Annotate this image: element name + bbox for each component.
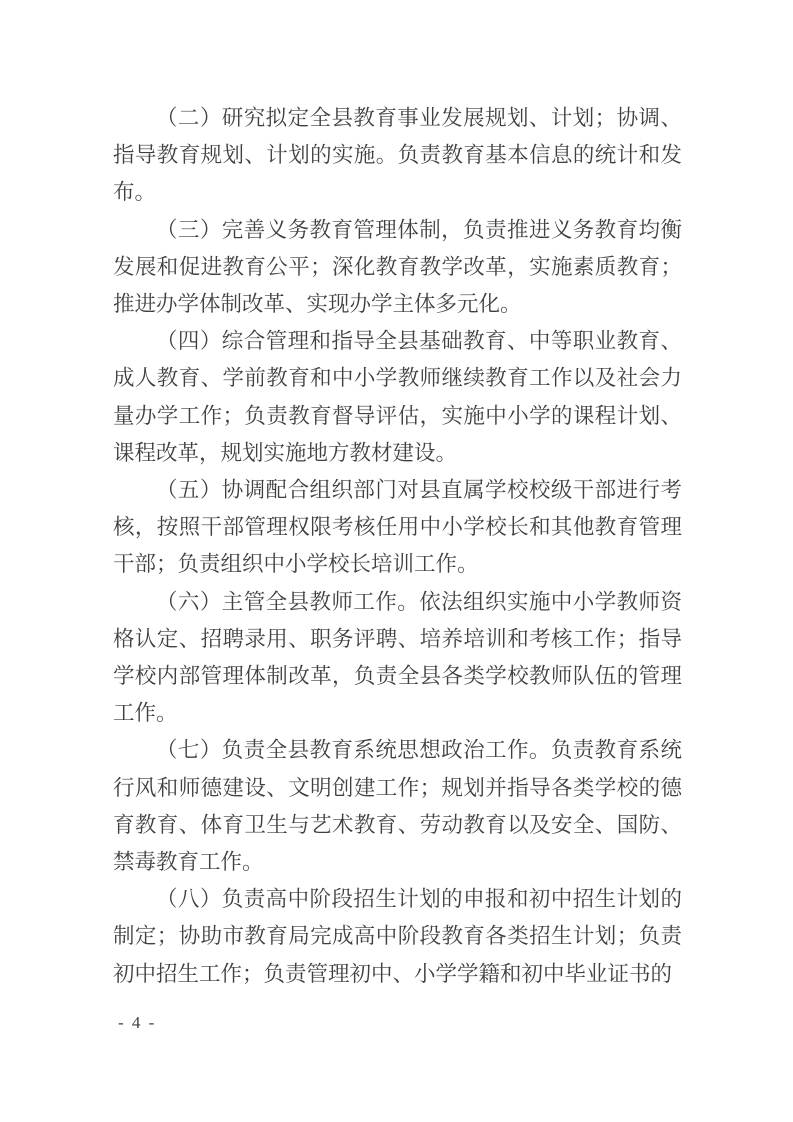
paragraph-duty-2: （二）研究拟定全县教育事业发展规划、计划；协调、指导教育规划、计划的实施。负责教… (113, 100, 682, 212)
paragraph-duty-3: （三）完善义务教育管理体制，负责推进义务教育均衡发展和促进教育公平；深化教育教学… (113, 212, 682, 324)
document-body: （二）研究拟定全县教育事业发展规划、计划；协调、指导教育规划、计划的实施。负责教… (113, 100, 682, 993)
paragraph-duty-4: （四）综合管理和指导全县基础教育、中等职业教育、成人教育、学前教育和中小学教师继… (113, 323, 682, 472)
paragraph-duty-8: （八）负责高中阶段招生计划的申报和初中招生计划的制定；协助市教育局完成高中阶段教… (113, 881, 682, 993)
paragraph-duty-7: （七）负责全县教育系统思想政治工作。负责教育系统行风和师德建设、文明创建工作；规… (113, 732, 682, 881)
page-number: - 4 - (118, 1013, 156, 1033)
paragraph-duty-5: （五）协调配合组织部门对县直属学校校级干部进行考核，按照干部管理权限考核任用中小… (113, 472, 682, 584)
paragraph-duty-6: （六）主管全县教师工作。依法组织实施中小学教师资格认定、招聘录用、职务评聘、培养… (113, 584, 682, 733)
